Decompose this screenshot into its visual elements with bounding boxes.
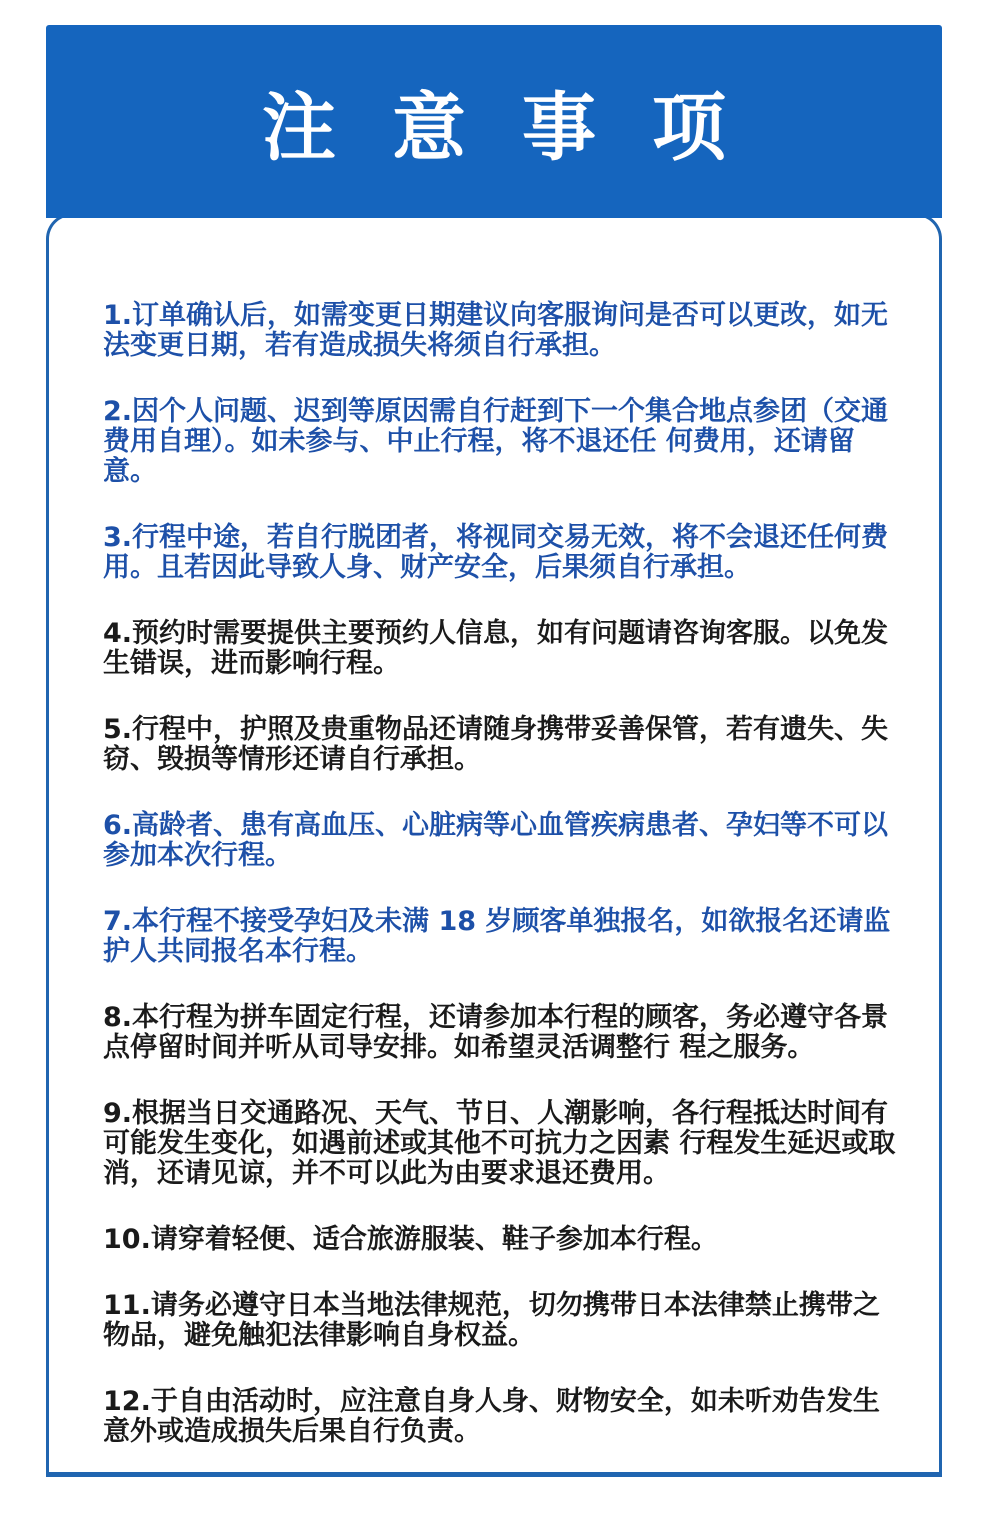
- notice-item-2: 2.因个人问题、迟到等原因需自行赶到下一个集合地点参团（交通费用自理）。如未参与…: [103, 397, 903, 487]
- notice-sheet: 注意事项 1.订单确认后，如需变更日期建议向客服询问是否可以更改，如无法变更日期…: [46, 25, 942, 1477]
- page-title: 注意事项: [206, 69, 782, 175]
- notice-item-12: 12.于自由活动时，应注意自身人身、财物安全，如未听劝告发生意外或造成损失后果自…: [103, 1387, 903, 1447]
- notice-item-10: 10.请穿着轻便、适合旅游服装、鞋子参加本行程。: [103, 1225, 903, 1255]
- notice-item-8: 8.本行程为拼车固定行程，还请参加本行程的顾客，务必遵守各景点停留时间并听从司导…: [103, 1003, 903, 1063]
- notice-panel: 1.订单确认后，如需变更日期建议向客服询问是否可以更改，如无法变更日期，若有造成…: [46, 213, 942, 1477]
- notice-item-6: 6.高龄者、患有高血压、心脏病等心血管疾病患者、孕妇等不可以参加本次行程。: [103, 811, 903, 871]
- notice-item-11: 11.请务必遵守日本当地法律规范，切勿携带日本法律禁止携带之物品，避免触犯法律影…: [103, 1291, 903, 1351]
- notice-item-9: 9.根据当日交通路况、天气、节日、人潮影响，各行程抵达时间有可能发生变化，如遇前…: [103, 1099, 903, 1189]
- notice-item-5: 5.行程中，护照及贵重物品还请随身携带妥善保管，若有遗失、失窃、毁损等情形还请自…: [103, 715, 903, 775]
- notice-item-3: 3.行程中途，若自行脱团者，将视同交易无效，将不会退还任何费用。且若因此导致人身…: [103, 523, 903, 583]
- notice-item-1: 1.订单确认后，如需变更日期建议向客服询问是否可以更改，如无法变更日期，若有造成…: [103, 301, 903, 361]
- notice-item-4: 4.预约时需要提供主要预约人信息，如有问题请咨询客服。以免发生错误，进而影响行程…: [103, 619, 903, 679]
- notice-item-7: 7.本行程不接受孕妇及未满 18 岁顾客单独报名，如欲报名还请监护人共同报名本行…: [103, 907, 903, 967]
- header-banner: 注意事项: [46, 25, 942, 218]
